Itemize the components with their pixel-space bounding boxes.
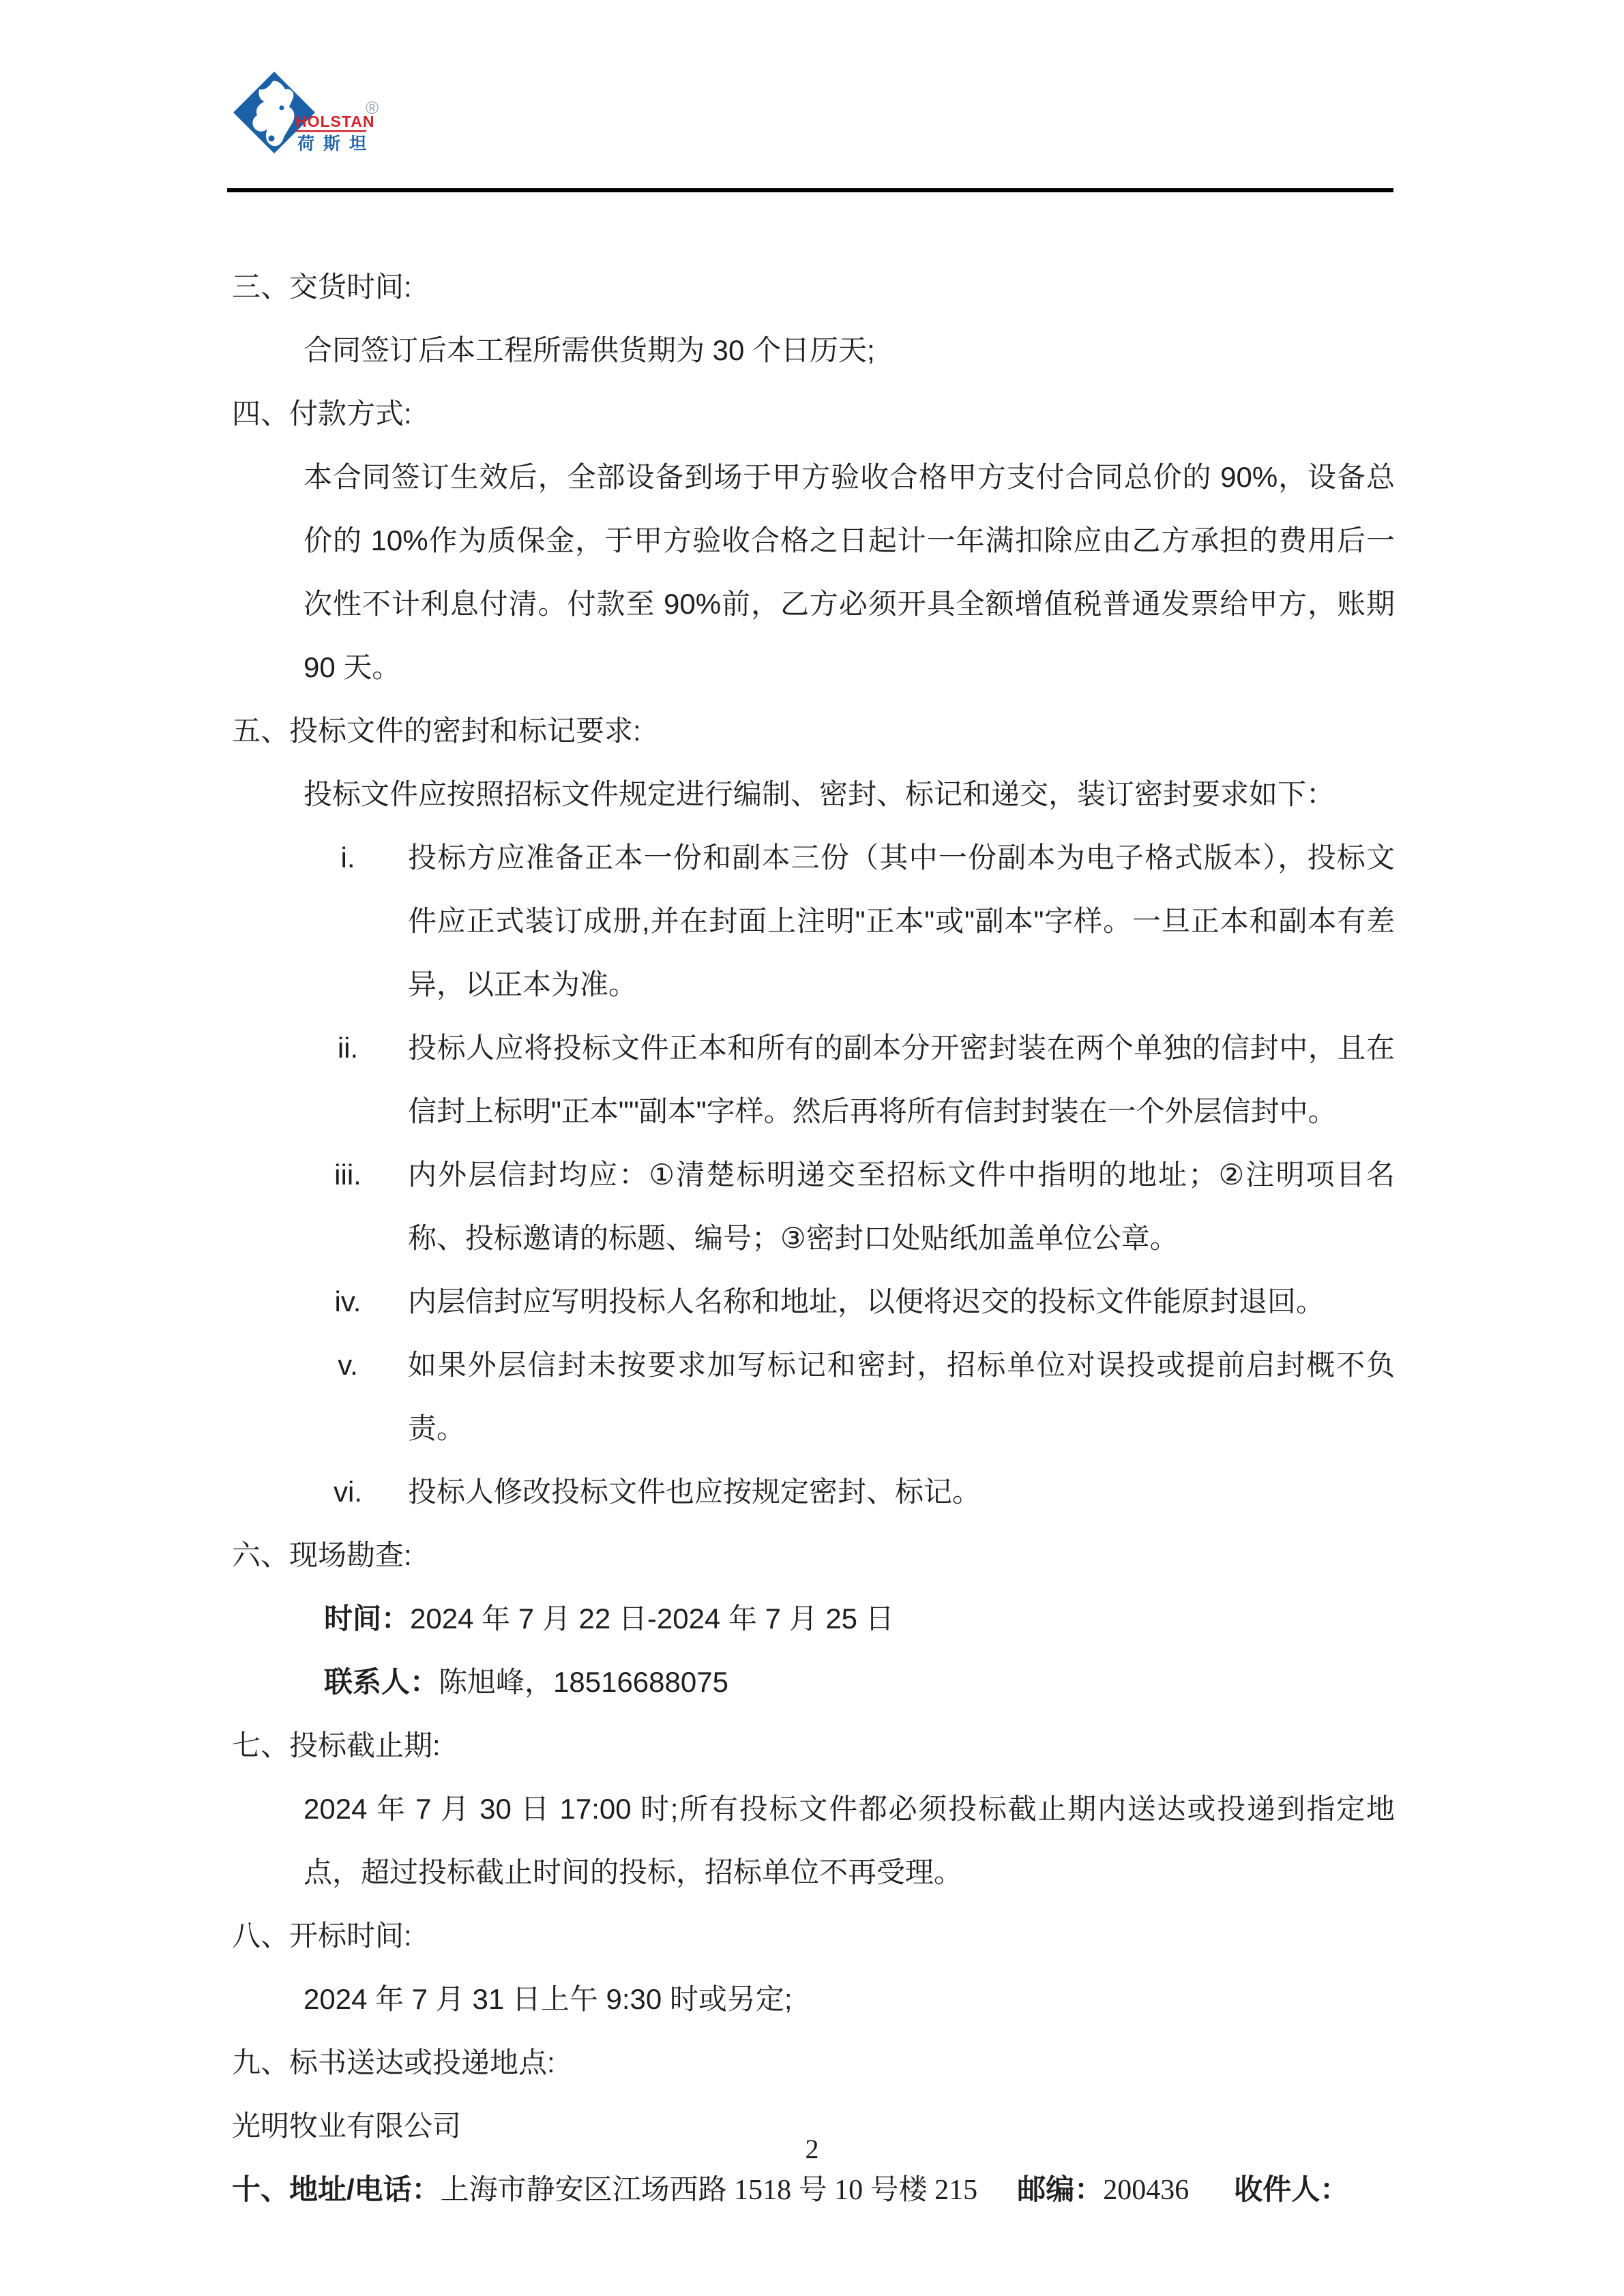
line-value: 2024 年 7 月 22 日-2024 年 7 月 25 日 [410,1602,894,1635]
logo-brand-en: HOLSTAN [295,113,374,130]
item-text: 投标人应将投标文件正本和所有的副本分开密封装在两个单独的信封中，且在信封上标明"… [408,1032,1395,1127]
logo-brand-cn: 荷斯坦 [297,134,375,153]
list-item: vi.投标人修改投标文件也应按规定密封、标记。 [232,1460,1395,1523]
item-text: 投标人修改投标文件也应按规定密封、标记。 [408,1476,981,1508]
list-item: i.投标方应准备正本一份和副本三份（其中一份副本为电子格式版本），投标文件应正式… [232,826,1395,1016]
list-item: iv.内层信封应写明投标人名称和地址，以便将迟交的投标文件能原封退回。 [232,1270,1395,1333]
holstan-logo: HOLSTAN 荷斯坦 ® [232,70,383,162]
paragraph: 2024 年 7 月 30 日 17:00 时;所有投标文件都必须投标截止期内送… [232,1777,1395,1904]
page-number: 2 [0,2129,1624,2170]
logo-underline [295,130,366,132]
item-numeral: vi. [314,1460,382,1523]
paragraph: 合同签订后本工程所需供货期为 30 个日历天; [232,318,1395,382]
item-numeral: ii. [314,1016,382,1079]
postcode-value: 200436 [1103,2175,1189,2206]
list-item: iii.内外层信封均应：①清楚标明递交至招标文件中指明的地址；②注明项目名称、投… [232,1143,1395,1270]
list-item: ii.投标人应将投标文件正本和所有的副本分开密封装在两个单独的信封中，且在信封上… [232,1016,1395,1143]
cow-nostril-dot [269,136,275,142]
document-page: HOLSTAN 荷斯坦 ® 三、交货时间:合同签订后本工程所需供货期为 30 个… [0,0,1624,2296]
section-heading: 四、付款方式: [232,382,1395,445]
line-label: 联系人： [324,1666,439,1698]
item-numeral: iv. [314,1270,382,1333]
line-label: 时间： [324,1602,410,1635]
labeled-line: 时间：2024 年 7 月 22 日-2024 年 7 月 25 日 [232,1587,1395,1650]
registered-trademark-icon: ® [366,98,379,118]
postcode-label: 邮编： [1017,2173,1103,2205]
section-heading: 八、开标时间: [232,1904,1395,1967]
item-text: 投标方应准备正本一份和副本三份（其中一份副本为电子格式版本），投标文件应正式装订… [408,841,1395,1000]
paragraph: 2024 年 7 月 31 日上午 9:30 时或另定; [232,1967,1395,2031]
paragraph: 投标文件应按照招标文件规定进行编制、密封、标记和递交，装订密封要求如下： [232,762,1395,826]
document-content: 三、交货时间:合同签订后本工程所需供货期为 30 个日历天;四、付款方式:本合同… [232,255,1395,2222]
section-heading: 五、投标文件的密封和标记要求: [232,699,1395,762]
item-text: 内外层信封均应：①清楚标明递交至招标文件中指明的地址；②注明项目名称、投标邀请的… [408,1159,1395,1254]
recipient-label: 收件人： [1234,2173,1348,2205]
paragraph: 本合同签订生效后，全部设备到场于甲方验收合格甲方支付合同总价的 90%，设备总价… [232,445,1395,699]
item-numeral: i. [314,826,382,889]
list-item: v.如果外层信封未按要求加写标记和密封，招标单位对误投或提前启封概不负责。 [232,1333,1395,1460]
item-text: 内层信封应写明投标人名称和地址，以便将迟交的投标文件能原封退回。 [408,1285,1325,1317]
section-heading: 六、现场勘查: [232,1523,1395,1587]
item-numeral: v. [314,1333,382,1397]
labeled-line: 联系人：陈旭峰，18516688075 [232,1650,1395,1714]
section-heading: 三、交货时间: [232,255,1395,318]
cow-eye-dot [280,106,284,110]
item-text: 如果外层信封未按要求加写标记和密封，招标单位对误投或提前启封概不负责。 [408,1349,1395,1444]
address-label: 十、地址/电话： [232,2173,441,2205]
section-heading: 九、标书送达或投递地点: [232,2031,1395,2094]
address-value: 上海市静安区江场西路 1518 号 10 号楼 215 [441,2175,978,2206]
line-value: 陈旭峰，18516688075 [439,1666,728,1698]
header-divider-rule [227,188,1393,192]
section-heading: 七、投标截止期: [232,1714,1395,1777]
item-numeral: iii. [314,1143,382,1206]
